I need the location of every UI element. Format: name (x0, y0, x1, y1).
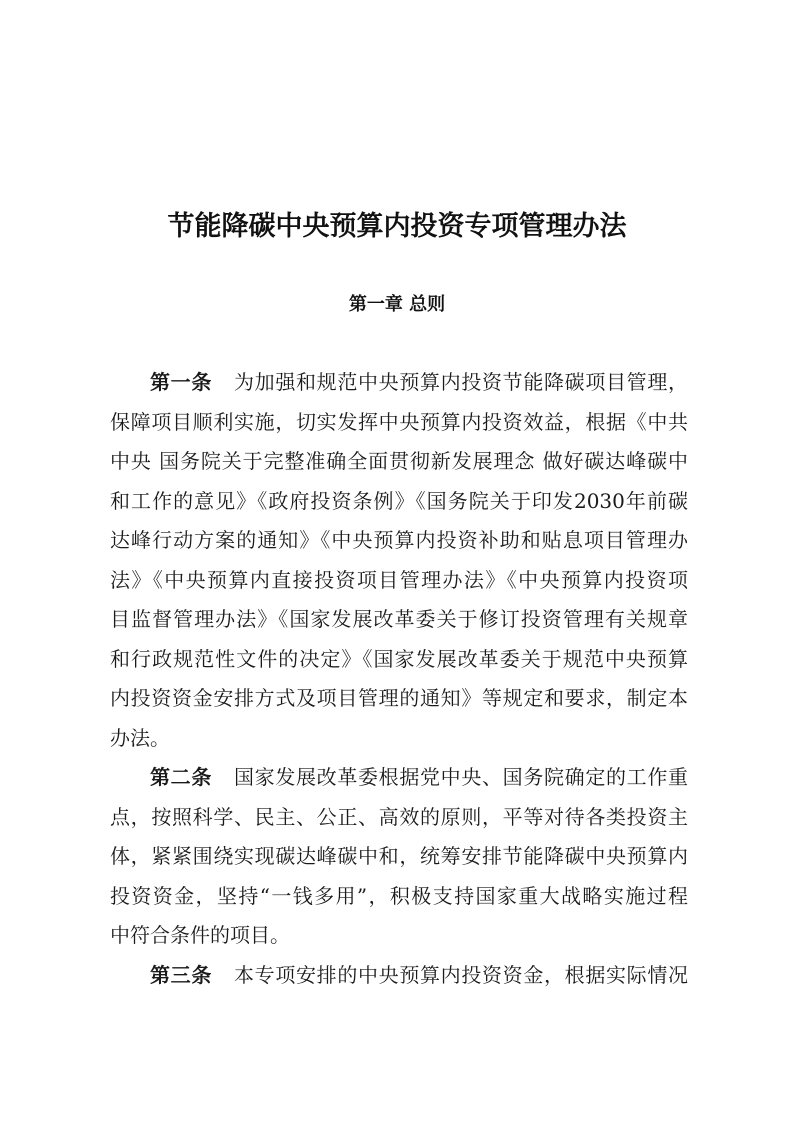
article-label: 第二条 (150, 765, 212, 789)
chapter-heading: 第一章 总则 (0, 290, 794, 316)
article-label: 第一条 (150, 370, 212, 394)
article-1-line-6: 法》《中央预算内直接投资项目管理办法》《中央预算内投资项 (110, 565, 688, 605)
article-1-line-10: 办法。 (110, 723, 688, 763)
article-2-line-3: 体，紧紧围绕实现碳达峰碳中和，统筹安排节能降碳中央预算内 (110, 841, 688, 881)
document-title: 节能降碳中央预算内投资专项管理办法 (0, 204, 794, 243)
document-body: 第一条为加强和规范中央预算内投资节能降碳项目管理， 保障项目顺利实施，切实发挥中… (110, 367, 688, 999)
article-3-line-1: 第三条本专项安排的中央预算内投资资金，根据实际情况 (110, 960, 688, 1000)
article-2-line-1: 第二条国家发展改革委根据党中央、国务院确定的工作重 (110, 762, 688, 802)
article-1-line-1: 第一条为加强和规范中央预算内投资节能降碳项目管理， (110, 367, 688, 407)
article-2-line-2: 点，按照科学、民主、公正、高效的原则，平等对待各类投资主 (110, 802, 688, 842)
article-1-line-8: 和行政规范性文件的决定》《国家发展改革委关于规范中央预算 (110, 644, 688, 684)
article-1-line-7: 目监督管理办法》《国家发展改革委关于修订投资管理有关规章 (110, 604, 688, 644)
article-1-line-4: 和工作的意见》《政府投资条例》《国务院关于印发2030年前碳 (110, 486, 688, 526)
article-2-line-5: 中符合条件的项目。 (110, 920, 688, 960)
article-label: 第三条 (150, 963, 212, 987)
article-1-line-9: 内投资资金安排方式及项目管理的通知》等规定和要求，制定本 (110, 683, 688, 723)
article-text: 国家发展改革委根据党中央、国务院确定的工作重 (234, 765, 688, 789)
article-1-line-2: 保障项目顺利实施，切实发挥中央预算内投资效益，根据《中共 (110, 407, 688, 447)
article-1-line-5: 达峰行动方案的通知》《中央预算内投资补助和贴息项目管理办 (110, 525, 688, 565)
article-1-line-3: 中央 国务院关于完整准确全面贯彻新发展理念 做好碳达峰碳中 (110, 446, 688, 486)
article-2-line-4: 投资资金，坚持“一钱多用”，积极支持国家重大战略实施过程 (110, 881, 688, 921)
article-text: 为加强和规范中央预算内投资节能降碳项目管理， (234, 370, 688, 394)
article-text: 本专项安排的中央预算内投资资金，根据实际情况 (234, 963, 688, 987)
